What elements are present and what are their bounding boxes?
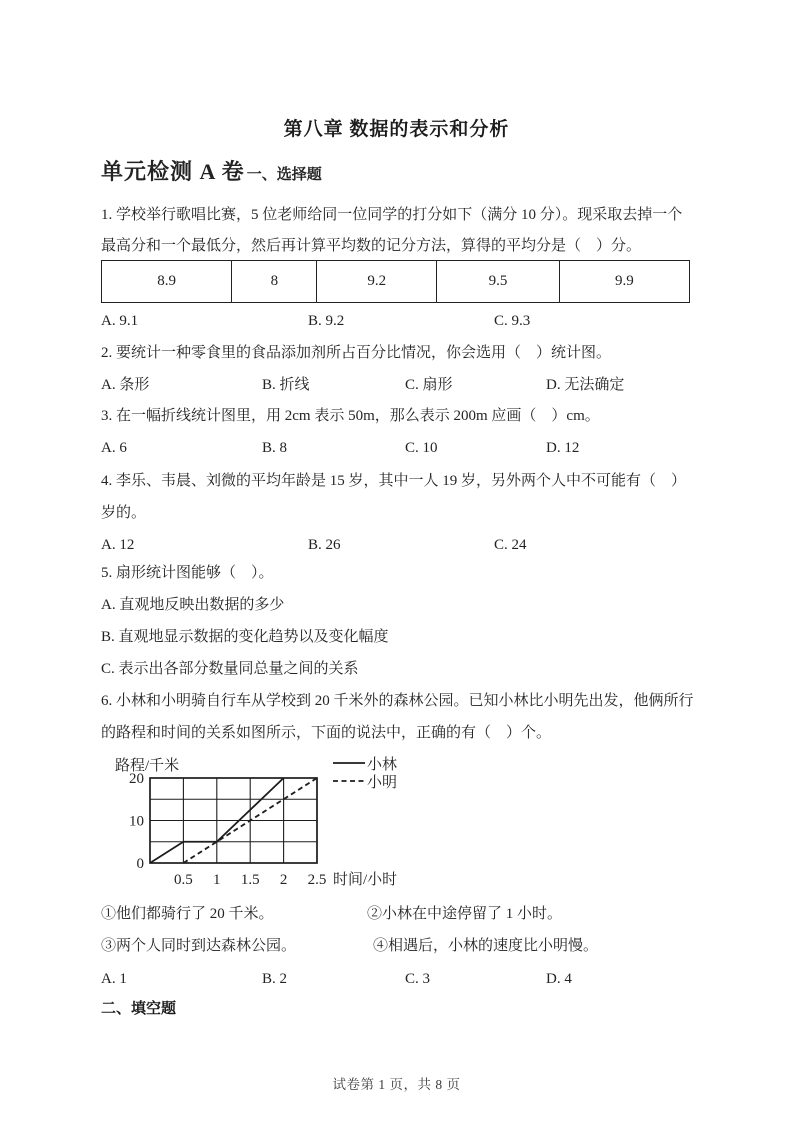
- statement-1: ①他们都骑行了 20 千米。: [101, 906, 274, 923]
- question-4-line-2: 岁的。: [101, 505, 146, 522]
- option-q4-c: C. 24: [494, 537, 527, 554]
- option-q3-a: A. 6: [101, 440, 127, 457]
- option-q1-c: C. 9.3: [494, 313, 530, 330]
- score-cell: 9.5: [437, 261, 560, 302]
- question-6-options: A. 1 B. 2 C. 3 D. 4: [101, 971, 693, 989]
- statement-4: ④相遇后，小林的速度比小明慢。: [373, 938, 598, 955]
- question-2-options: A. 条形 B. 折线 C. 扇形 D. 无法确定: [101, 377, 693, 395]
- option-q4-a: A. 12: [101, 537, 134, 554]
- question-6-line-1: 6. 小林和小明骑自行车从学校到 20 千米外的森林公园。已知小林比小明先出发，…: [101, 693, 694, 710]
- page-title: 第八章 数据的表示和分析: [0, 121, 793, 138]
- question-6-line-2: 的路程和时间的关系如图所示，下面的说法中，正确的有（ ）个。: [101, 725, 551, 742]
- option-q4-b: B. 26: [308, 537, 341, 554]
- legend-label: 小林: [367, 756, 397, 773]
- option-q2-b: B. 折线: [262, 377, 310, 394]
- score-cell: 8.9: [102, 261, 232, 302]
- section-2-heading: 二、填空题: [101, 1001, 176, 1018]
- option-q6-c: C. 3: [405, 971, 430, 988]
- score-cell: 9.2: [317, 261, 437, 302]
- x-tick-label: 0.5: [174, 872, 193, 888]
- option-q2-c: C. 扇形: [405, 377, 453, 394]
- option-q3-c: C. 10: [405, 440, 438, 457]
- statement-3: ③两个人同时到达森林公园。: [101, 938, 296, 955]
- option-q2-a: A. 条形: [101, 377, 149, 394]
- option-q6-a: A. 1: [101, 971, 127, 988]
- exam-page: 第八章 数据的表示和分析 单元检测 A 卷一、选择题 1. 学校举行歌唱比赛，5…: [0, 0, 793, 1122]
- x-tick-label: 1: [213, 872, 221, 888]
- option-q6-b: B. 2: [262, 971, 287, 988]
- question-4-options: A. 12 B. 26 C. 24: [101, 537, 693, 555]
- option-q2-d: D. 无法确定: [546, 377, 624, 394]
- question-1-line-1: 1. 学校举行歌唱比赛，5 位老师给同一位同学的打分如下（满分 10 分）。现采…: [101, 207, 682, 224]
- question-5-text: 5. 扇形统计图能够（ ）。: [101, 565, 274, 582]
- legend-label: 小明: [367, 774, 397, 791]
- question-1-options: A. 9.1 B. 9.2 C. 9.3: [101, 313, 693, 331]
- option-q3-d: D. 12: [546, 440, 579, 457]
- x-tick-label: 2.5: [308, 872, 327, 888]
- question-3-text: 3. 在一幅折线统计图里，用 2cm 表示 50m，那么表示 200m 应画（ …: [101, 408, 600, 425]
- question-6-statements-row-2: ③两个人同时到达森林公园。 ④相遇后，小林的速度比小明慢。: [101, 938, 693, 956]
- question-3-options: A. 6 B. 8 C. 10 D. 12: [101, 440, 693, 458]
- y-tick-label: 0: [137, 856, 145, 872]
- unit-test-title: 单元检测 A 卷: [101, 159, 245, 184]
- option-q5-c: C. 表示出各部分数量同总量之间的关系: [101, 661, 359, 678]
- score-cell: 9.9: [560, 261, 689, 302]
- section-1-label: 一、选择题: [247, 167, 322, 183]
- option-q6-d: D. 4: [546, 971, 572, 988]
- y-tick-label: 10: [129, 814, 144, 830]
- x-tick-label: 2: [280, 872, 288, 888]
- footer-page-indicator: 试卷第 1 页，共 8 页: [0, 1076, 793, 1093]
- score-cell: 8: [232, 261, 317, 302]
- question-6-statements-row-1: ①他们都骑行了 20 千米。 ②小林在中途停留了 1 小时。: [101, 906, 693, 924]
- option-q1-a: A. 9.1: [101, 313, 138, 330]
- distance-time-chart-svg: 010200.511.522.5路程/千米时间/小时小林小明: [95, 752, 505, 897]
- question-2-text: 2. 要统计一种零食里的食品添加剂所占百分比情况，你会选用（ ）统计图。: [101, 345, 611, 362]
- y-axis-title: 路程/千米: [115, 757, 179, 774]
- question-4-line-1: 4. 李乐、韦晨、刘微的平均年龄是 15 岁，其中一人 19 岁，另外两个人中不…: [101, 473, 686, 490]
- statement-2: ②小林在中途停留了 1 小时。: [367, 906, 562, 923]
- score-table: 8.9 8 9.2 9.5 9.9: [101, 260, 690, 303]
- x-tick-label: 1.5: [241, 872, 260, 888]
- option-q5-a: A. 直观地反映出数据的多少: [101, 597, 284, 614]
- option-q5-b: B. 直观地显示数据的变化趋势以及变化幅度: [101, 629, 389, 646]
- x-axis-title: 时间/小时: [333, 871, 397, 888]
- option-q1-b: B. 9.2: [308, 313, 344, 330]
- option-q3-b: B. 8: [262, 440, 287, 457]
- q6-line-chart: 010200.511.522.5路程/千米时间/小时小林小明: [95, 752, 505, 897]
- section-1-heading: 单元检测 A 卷一、选择题: [101, 163, 322, 184]
- question-1-line-2: 最高分和一个最低分，然后再计算平均数的记分方法，算得的平均分是（ ）分。: [101, 238, 641, 255]
